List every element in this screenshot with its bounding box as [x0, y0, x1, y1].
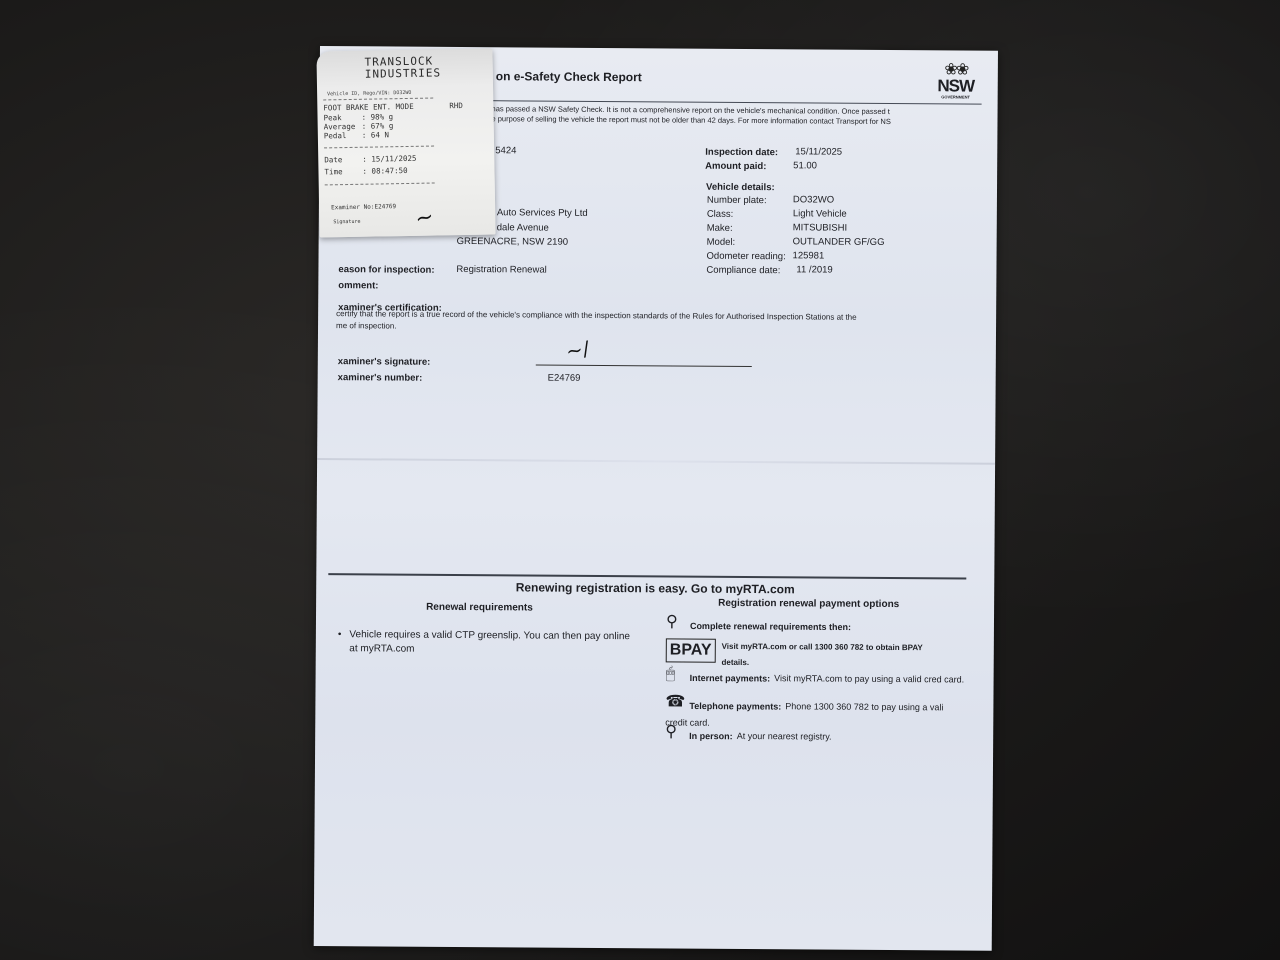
amount-paid-label: Amount paid:: [705, 161, 766, 172]
receipt-row-label: Pedal: [324, 131, 347, 140]
receipt-mode: FOOT BRAKE ENT. MODE: [323, 102, 413, 113]
vehicle-field-value: 125981: [793, 250, 825, 261]
mouse-icon: 🖱: [666, 668, 688, 688]
station-street: dale Avenue: [497, 222, 549, 233]
receipt-vehicle-id: Vehicle ID, Rego/VIN: DO32WO: [327, 90, 411, 97]
vehicle-field-label: Model:: [707, 237, 736, 248]
station-name: Auto Services Pty Ltd: [497, 207, 588, 219]
renewal-heading: Renewing registration is easy. Go to myR…: [316, 579, 994, 598]
receipt-signature: ~: [413, 204, 437, 233]
comment-label: omment:: [338, 280, 378, 291]
report-title: on e-Safety Check Report: [496, 69, 642, 84]
person-icon: ⚲: [666, 616, 688, 636]
nsw-government-logo: ❀❀ NSW GOVERNMENT: [936, 62, 976, 99]
payment-option: 🖱Internet payments:Visit myRTA.com to pa…: [666, 668, 966, 690]
payment-option: ☎Telephone payments:Phone 1300 360 782 t…: [665, 696, 965, 730]
vehicle-field-label: Odometer reading:: [707, 251, 786, 263]
vehicle-field-label: Class:: [707, 209, 733, 220]
payment-options-heading: Registration renewal payment options: [718, 598, 899, 610]
brake-test-receipt: TRANSLOCK INDUSTRIES Vehicle ID, Rego/VI…: [316, 48, 495, 237]
reason-label: eason for inspection:: [338, 264, 434, 276]
payment-option: BPAYVisit myRTA.com or call 1300 360 782…: [666, 638, 966, 672]
inspection-date-label: Inspection date:: [705, 147, 778, 159]
intro-text: has passed a NSW Safety Check. It is not…: [491, 104, 979, 127]
receipt-date-label: Date: [324, 155, 342, 164]
telephone-icon: ☎: [665, 696, 687, 716]
receipt-row-label: Average: [324, 122, 356, 132]
examiner-signature: ~/: [564, 336, 591, 364]
examiner-number-label: xaminer's number:: [338, 372, 423, 384]
receipt-time: : 08:47:50: [362, 166, 407, 176]
receipt-brand: TRANSLOCK INDUSTRIES: [364, 55, 441, 80]
vehicle-field-value: Light Vehicle: [793, 208, 847, 219]
vehicle-field-label: Number plate:: [707, 195, 767, 206]
reason-value: Registration Renewal: [456, 264, 546, 276]
vehicle-field-label: Make:: [707, 223, 733, 234]
person-icon: ⚲: [665, 726, 687, 746]
receipt-side: RHD: [449, 101, 463, 110]
vehicle-details-heading: Vehicle details:: [706, 182, 775, 193]
payment-option: ⚲Complete renewal requirements then:: [666, 616, 966, 638]
receipt-time-label: Time: [324, 167, 342, 176]
vehicle-field-value: OUTLANDER GF/GG: [793, 236, 885, 248]
renewal-requirements-heading: Renewal requirements: [426, 602, 533, 614]
certification-text: certify that the report is a true record…: [336, 308, 984, 337]
bpay-logo: BPAY: [666, 638, 716, 662]
station-suburb: GREENACRE, NSW 2190: [457, 236, 568, 248]
inspection-date: 15/11/2025: [795, 146, 842, 157]
vehicle-field-value: DO32WO: [793, 194, 834, 205]
receipt-examiner: Examiner No:E24769: [331, 202, 396, 212]
vehicle-field-value: 11 /2019: [796, 264, 832, 275]
vehicle-field-value: MITSUBISHI: [793, 222, 847, 233]
examiner-number: E24769: [548, 373, 581, 384]
vehicle-field-label: Compliance date:: [706, 265, 780, 277]
receipt-date: : 15/11/2025: [362, 154, 416, 164]
receipt-row-label: Peak: [323, 113, 341, 122]
requirements-list: • Vehicle requires a valid CTP greenslip…: [338, 628, 638, 658]
amount-paid: 51.00: [793, 160, 817, 171]
signature-label: xaminer's signature:: [338, 356, 431, 368]
receipt-signature-label: Signature: [333, 218, 360, 227]
payment-option: ⚲In person:At your nearest registry.: [665, 726, 965, 748]
receipt-row-value: : 64 N: [362, 130, 389, 139]
list-item: • Vehicle requires a valid CTP greenslip…: [338, 628, 638, 658]
signature-line: [536, 365, 752, 368]
report-number: 5424: [495, 145, 516, 156]
section-divider: [328, 573, 966, 579]
